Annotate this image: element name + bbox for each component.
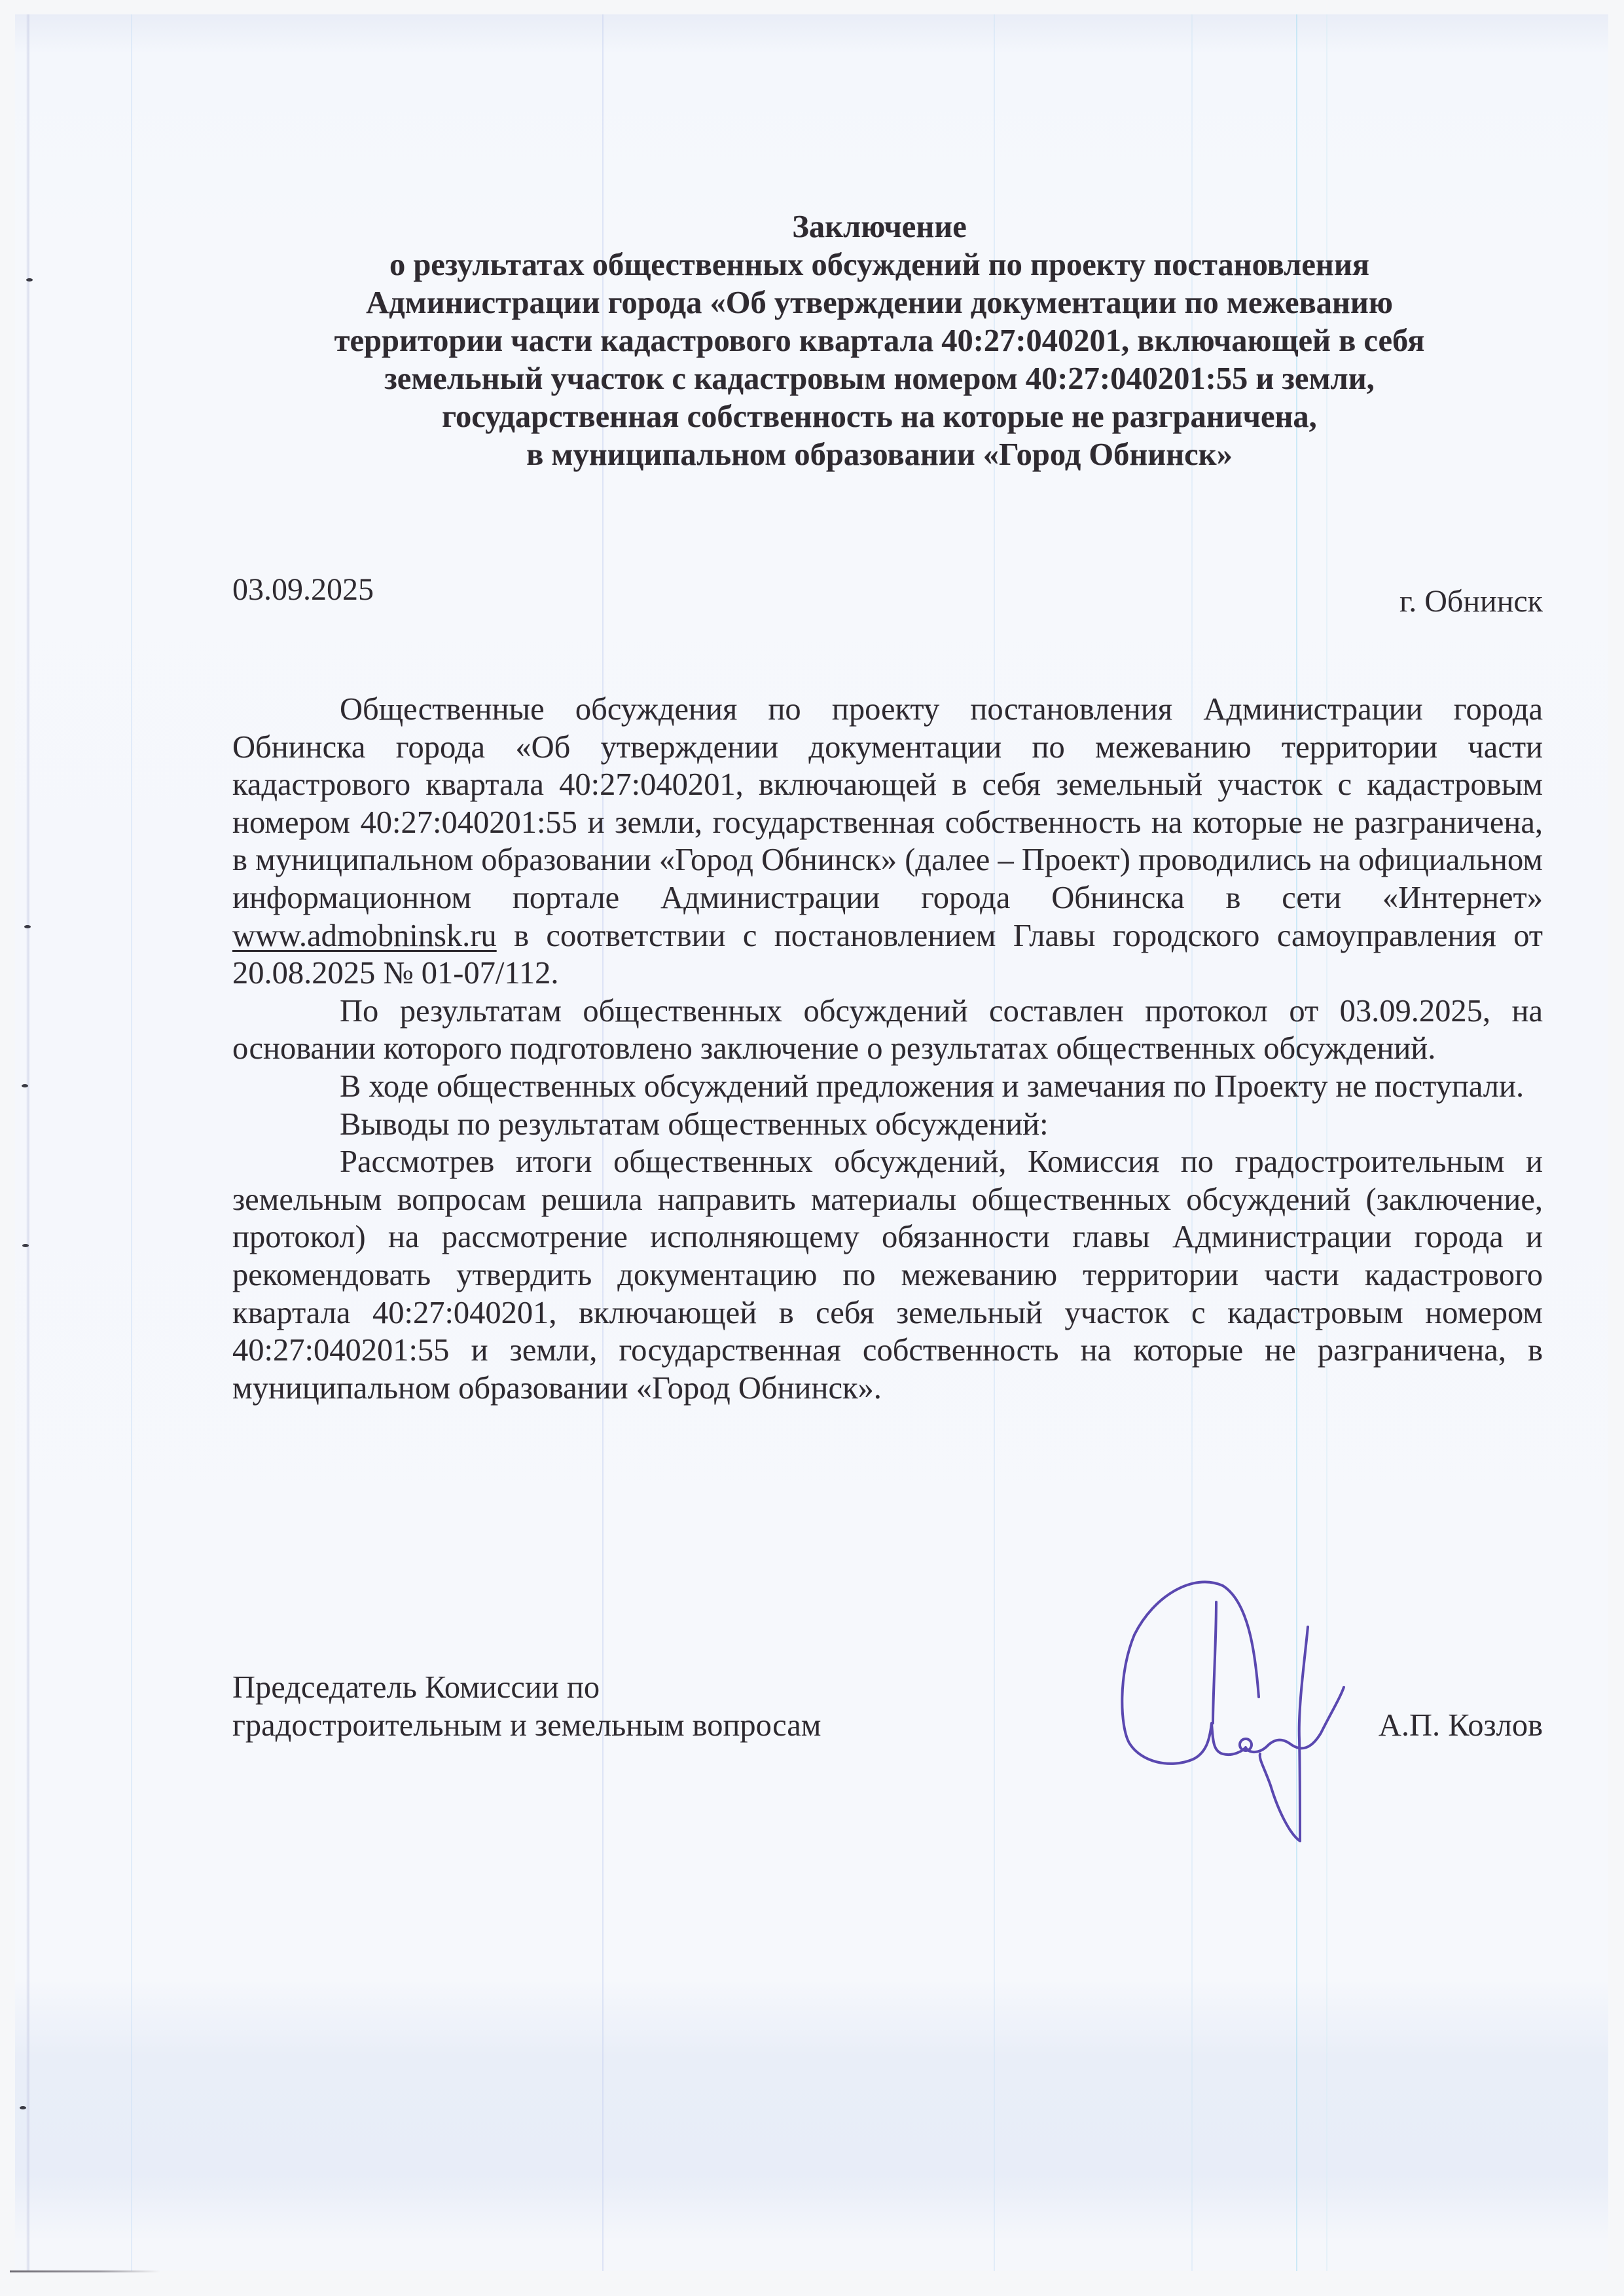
scan-dot (24, 925, 31, 928)
document-city: г. Обнинск (1399, 583, 1543, 621)
heading-line: территории части кадастрового квартала 4… (216, 322, 1543, 360)
heading-line: Администрации города «Об утверждении док… (216, 284, 1543, 322)
document-heading: Заключение о результатах общественных об… (216, 208, 1543, 474)
scan-bottom-edge (10, 2270, 160, 2272)
scan-edge-shadow (26, 14, 30, 2271)
signatory-title-line: Председатель Комиссии по (232, 1669, 821, 1707)
heading-line: в муниципальном образовании «Город Обнин… (216, 436, 1543, 474)
handwritten-signature-icon (1115, 1576, 1377, 1851)
heading-line: Заключение (216, 208, 1543, 246)
paragraph: Выводы по результатам общественных обсуж… (232, 1106, 1543, 1144)
paragraph: По результатам общественных обсуждений с… (232, 993, 1543, 1068)
paragraph-text: Общественные обсуждения по проекту поста… (232, 692, 1543, 915)
heading-line: государственная собственность на которые… (216, 398, 1543, 436)
scan-dot (26, 278, 33, 282)
scanned-page: Заключение о результатах общественных об… (15, 14, 1608, 2271)
signatory-title: Председатель Комиссии по градостроительн… (232, 1669, 821, 1745)
paragraph: Рассмотрев итоги общественных обсуждений… (232, 1143, 1543, 1407)
paragraph: Общественные обсуждения по проекту поста… (232, 691, 1543, 993)
signatory-title-line: градостроительным и земельным вопросам (232, 1707, 821, 1745)
document-body: Общественные обсуждения по проекту поста… (232, 691, 1543, 1407)
heading-line: о результатах общественных обсуждений по… (216, 246, 1543, 284)
heading-line: земельный участок с кадастровым номером … (216, 360, 1543, 398)
scan-artifact-line (131, 14, 132, 2271)
scan-dot (22, 1084, 28, 1087)
scan-dot (20, 2106, 26, 2109)
scan-dot (22, 1244, 29, 1247)
signatory-name: А.П. Козлов (1379, 1707, 1543, 1745)
document-date: 03.09.2025 (232, 571, 374, 609)
paragraph: В ходе общественных обсуждений предложен… (232, 1068, 1543, 1106)
portal-link[interactable]: www.admobninsk.ru (232, 919, 497, 953)
